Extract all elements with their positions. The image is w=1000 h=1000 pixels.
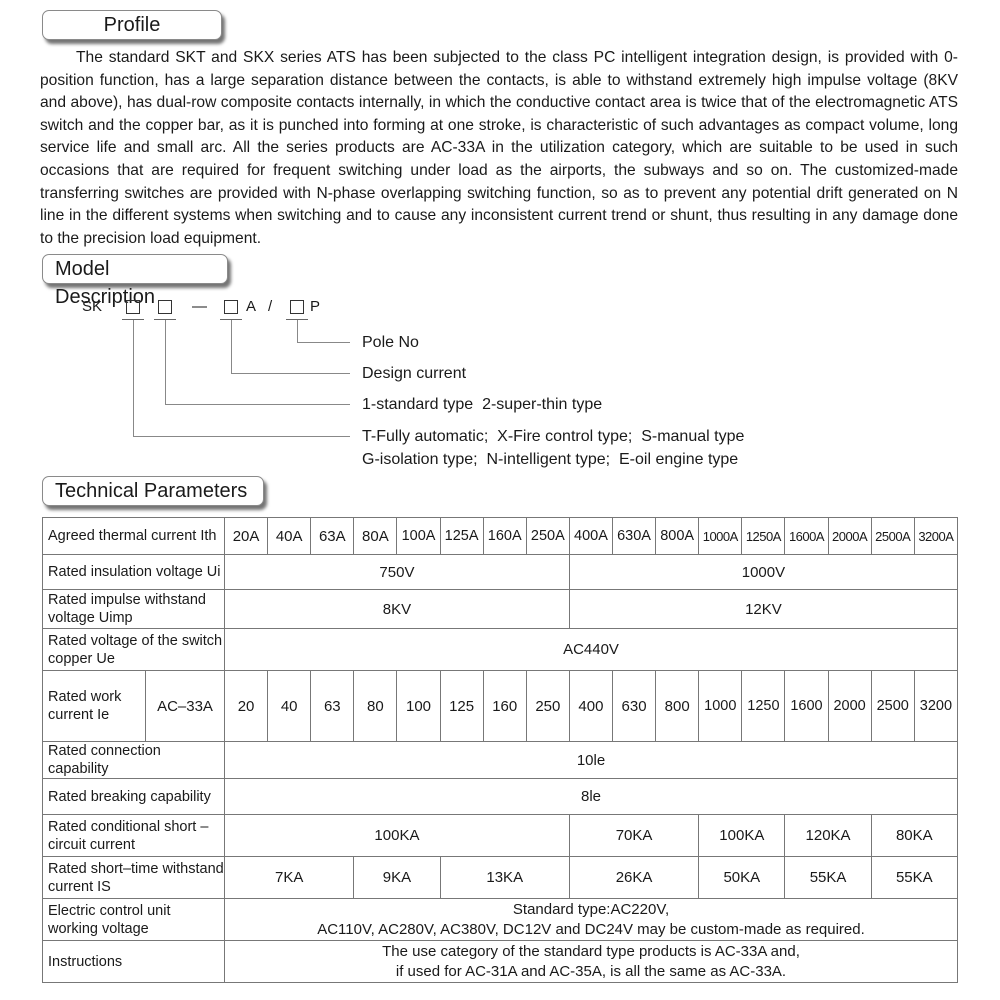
table-cell: 160 xyxy=(483,671,526,742)
table-cell: 125 xyxy=(440,671,483,742)
table-cell: 1600A xyxy=(785,518,828,555)
table-cell: 50KA xyxy=(699,857,785,899)
table-cell: 400A xyxy=(569,518,612,555)
technical-parameters-table: Agreed thermal current Ith 20A 40A 63A 8… xyxy=(42,517,958,983)
desc-pole-no: Pole No xyxy=(362,332,419,354)
leader-line xyxy=(231,373,350,374)
table-cell: 400 xyxy=(569,671,612,742)
table-cell: 2000 xyxy=(828,671,871,742)
table-row-control-voltage: Electric control unit working voltage St… xyxy=(43,899,958,941)
row-label: Rated breaking capability xyxy=(43,779,225,815)
table-cell: 100KA xyxy=(699,815,785,857)
table-cell: Standard type:AC220V, AC110V, AC280V, AC… xyxy=(225,899,958,941)
table-cell: 1000 xyxy=(699,671,742,742)
table-cell: 2000A xyxy=(828,518,871,555)
table-cell: 2500 xyxy=(871,671,914,742)
leader-line xyxy=(297,320,298,342)
table-cell: 1600 xyxy=(785,671,828,742)
table-cell: 7KA xyxy=(225,857,354,899)
table-row-uimp: Rated impulse withstand voltage Uimp 8KV… xyxy=(43,590,958,629)
table-cell: 2500A xyxy=(871,518,914,555)
leader-line xyxy=(165,404,350,405)
desc-type: 1-standard type 2-super-thin type xyxy=(362,394,602,416)
table-cell: 630A xyxy=(613,518,656,555)
control-line-2: AC110V, AC280V, AC380V, DC12V and DC24V … xyxy=(225,920,957,940)
row-label: Rated conditional short –circuit current xyxy=(43,815,225,857)
section-header-technical-parameters: Technical Parameters xyxy=(42,476,264,506)
table-row-ue: Rated voltage of the switch copper Ue AC… xyxy=(43,629,958,671)
table-cell: 8le xyxy=(225,779,958,815)
table-row-ith: Agreed thermal current Ith 20A 40A 63A 8… xyxy=(43,518,958,555)
table-cell: 12KV xyxy=(569,590,957,629)
table-row-breaking: Rated breaking capability 8le xyxy=(43,779,958,815)
table-cell: 80A xyxy=(354,518,397,555)
instructions-line-2: if used for AC-31A and AC-35A, is all th… xyxy=(225,962,957,982)
row-label: Rated impulse withstand voltage Uimp xyxy=(43,590,225,629)
section-header-profile: Profile xyxy=(42,10,222,40)
table-row-ui: Rated insulation voltage Ui 750V 1000V xyxy=(43,555,958,590)
code-box-type xyxy=(158,300,172,314)
table-cell: 40 xyxy=(268,671,311,742)
table-cell: 63A xyxy=(311,518,354,555)
model-code-diagram: SK — A / P Pole No Design current 1-stan… xyxy=(0,290,1000,470)
code-box-current xyxy=(224,300,238,314)
profile-paragraph: The standard SKT and SKX series ATS has … xyxy=(40,47,958,250)
control-line-1: Standard type:AC220V, xyxy=(225,900,957,920)
table-cell: 8KV xyxy=(225,590,570,629)
table-cell: 1000V xyxy=(569,555,957,590)
model-slash: / xyxy=(268,298,272,315)
table-cell: AC440V xyxy=(225,629,958,671)
table-cell: 1250A xyxy=(742,518,785,555)
table-cell: 20 xyxy=(225,671,268,742)
leader-line xyxy=(133,320,134,436)
leader-line xyxy=(133,436,350,437)
table-cell: 9KA xyxy=(354,857,440,899)
model-dash: — xyxy=(192,298,207,315)
table-cell: 10le xyxy=(225,742,958,779)
table-cell: 630 xyxy=(613,671,656,742)
code-box-poles xyxy=(290,300,304,314)
table-cell: 250A xyxy=(526,518,569,555)
table-row-shorttime: Rated short–time withstand current IS 7K… xyxy=(43,857,958,899)
desc-function-line1: T-Fully automatic; X-Fire control type; … xyxy=(362,426,744,448)
table-cell: 1250 xyxy=(742,671,785,742)
row-label: Rated voltage of the switch copper Ue xyxy=(43,629,225,671)
table-cell: 40A xyxy=(268,518,311,555)
profile-text: The standard SKT and SKX series ATS has … xyxy=(40,47,958,250)
table-row-connection: Rated connection capability 10le xyxy=(43,742,958,779)
row-label: Electric control unit working voltage xyxy=(43,899,225,941)
table-cell: 70KA xyxy=(569,815,698,857)
table-cell: 250 xyxy=(526,671,569,742)
leader-line xyxy=(165,320,166,404)
table-cell: 1000A xyxy=(699,518,742,555)
table-cell: 125A xyxy=(440,518,483,555)
row-label: Rated short–time withstand current IS xyxy=(43,857,225,899)
model-a-suffix: A xyxy=(246,298,256,315)
table-cell: 3200A xyxy=(914,518,957,555)
table-cell: 26KA xyxy=(569,857,698,899)
table-cell: 100A xyxy=(397,518,440,555)
row-label: Agreed thermal current Ith xyxy=(43,518,225,555)
row-label: Rated connection capability xyxy=(43,742,225,779)
table-cell: 800 xyxy=(656,671,699,742)
leader-line xyxy=(231,320,232,373)
model-prefix: SK xyxy=(82,298,102,315)
table-cell: 100 xyxy=(397,671,440,742)
instructions-line-1: The use category of the standard type pr… xyxy=(225,942,957,962)
row-label: Instructions xyxy=(43,941,225,983)
leader-line xyxy=(297,342,350,343)
table-cell: 3200 xyxy=(914,671,957,742)
table-row-conditional: Rated conditional short –circuit current… xyxy=(43,815,958,857)
row-label: Rated insulation voltage Ui xyxy=(43,555,225,590)
utilization-category: AC–33A xyxy=(146,671,225,742)
code-box-function xyxy=(126,300,140,314)
table-cell: 800A xyxy=(656,518,699,555)
table-cell: 20A xyxy=(225,518,268,555)
section-header-model-description: Model Description xyxy=(42,254,228,284)
table-cell: 100KA xyxy=(225,815,570,857)
table-cell: 55KA xyxy=(871,857,957,899)
row-label: Rated work current Ie xyxy=(43,671,146,742)
table-cell: 55KA xyxy=(785,857,871,899)
table-cell: 120KA xyxy=(785,815,871,857)
desc-design-current: Design current xyxy=(362,363,466,385)
table-cell: 160A xyxy=(483,518,526,555)
model-p-suffix: P xyxy=(310,298,320,315)
table-row-ie: Rated work current Ie AC–33A 20 40 63 80… xyxy=(43,671,958,742)
desc-function-line2: G-isolation type; N-intelligent type; E-… xyxy=(362,449,738,471)
table-cell: 80KA xyxy=(871,815,957,857)
table-cell: 13KA xyxy=(440,857,569,899)
table-row-instructions: Instructions The use category of the sta… xyxy=(43,941,958,983)
table-cell: 80 xyxy=(354,671,397,742)
table-cell: 63 xyxy=(311,671,354,742)
table-cell: 750V xyxy=(225,555,570,590)
table-cell: The use category of the standard type pr… xyxy=(225,941,958,983)
